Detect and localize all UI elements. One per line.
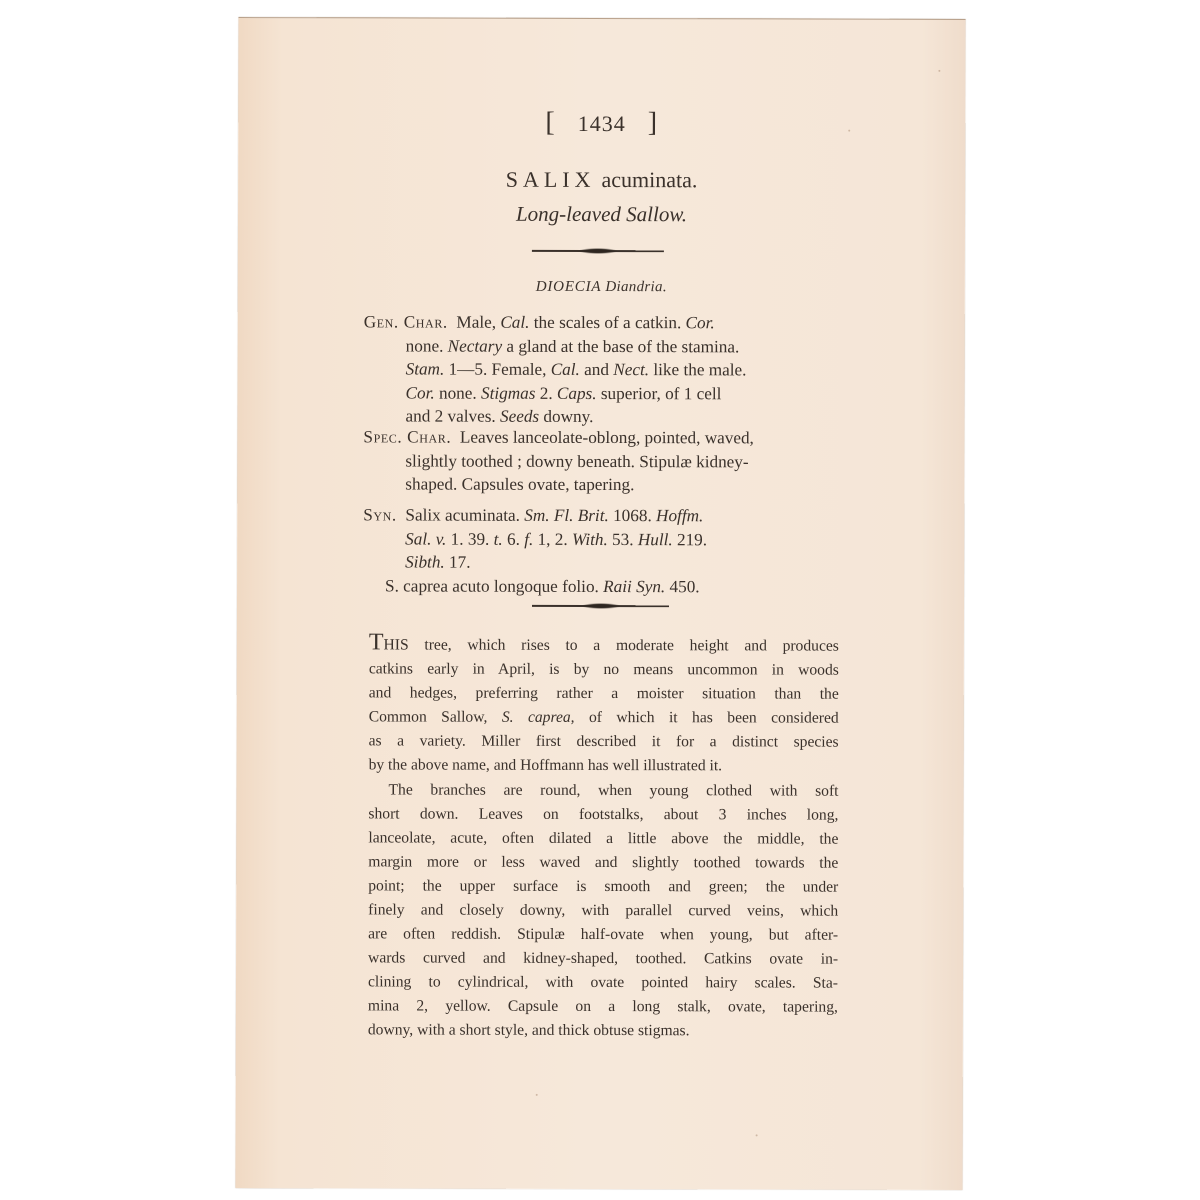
specific-character: Spec. Char. Leaves lanceolate-oblong, po… — [363, 425, 833, 497]
synonym-line: Syn. Salix acuminata. Sm. Fl. Brit. 1068… — [363, 503, 833, 528]
ornamental-rule-bottom — [532, 605, 669, 607]
generic-character-line: Gen. Char. Male, Cal. the scales of a ca… — [364, 310, 834, 335]
paragraph-line: as a variety. Miller first described it … — [369, 729, 839, 754]
specific-character-line: Spec. Char. Leaves lanceolate-oblong, po… — [363, 425, 833, 450]
linnaean-classification: DIOECIA Diandria. — [238, 278, 965, 297]
paragraph-line: are often reddish. Stipulæ half-ovate wh… — [368, 922, 838, 947]
paragraph-line: downy, with a short style, and thick obt… — [368, 1018, 838, 1043]
description-paragraph-2: The branches are round, when young cloth… — [368, 778, 839, 1043]
paper-speck — [848, 130, 850, 132]
paragraph-line: lanceolate, acute, often dilated a littl… — [368, 826, 838, 851]
paragraph-line: by the above name, and Hoffmann has well… — [369, 753, 839, 778]
page-number-value: 1434 — [578, 111, 626, 136]
specific-character-line: slightly toothed ; downy beneath. Stipul… — [363, 449, 833, 474]
synonyms-label: Syn. — [363, 505, 397, 524]
printed-page: [1434] SALIXacuminata. Long-leaved Sallo… — [235, 17, 965, 1190]
drop-cap: T — [369, 629, 384, 655]
synonym-line: S. caprea acuto longoque folio. Raii Syn… — [363, 574, 833, 599]
bracket-close: ] — [648, 107, 658, 138]
synonyms: Syn. Salix acuminata. Sm. Fl. Brit. 1068… — [363, 503, 833, 598]
class-name: DIOECIA — [536, 279, 602, 295]
specific-character-line: shaped. Capsules ovate, tapering. — [363, 472, 833, 497]
paper-speck — [756, 1134, 758, 1136]
species-name: acuminata. — [602, 167, 698, 192]
ornamental-rule-top — [532, 250, 664, 252]
page-number: [1434] — [238, 106, 965, 140]
paragraph-line: and hedges, preferring rather a moister … — [369, 681, 839, 706]
generic-character-label: Gen. Char. — [364, 312, 448, 331]
description-paragraph-1: THIS tree, which rises to a moderate hei… — [369, 632, 839, 778]
paper-speck — [536, 1094, 538, 1096]
specific-character-label: Spec. Char. — [363, 427, 451, 446]
generic-character-line: Stam. 1—5. Female, Cal. and Nect. like t… — [364, 357, 834, 382]
paragraph-line: wards curved and kidney-shaped, toothed.… — [368, 946, 838, 971]
paragraph-line: margin more or less waved and slightly t… — [368, 850, 838, 875]
synonym-line: Sibth. 17. — [363, 550, 833, 575]
order-name: Diandria. — [605, 279, 667, 295]
bracket-open: [ — [545, 107, 555, 138]
paper-speck — [938, 70, 940, 72]
genus-name: SALIX — [506, 167, 596, 192]
generic-character: Gen. Char. Male, Cal. the scales of a ca… — [363, 310, 833, 429]
paragraph-line: The branches are round, when young cloth… — [368, 778, 838, 803]
paragraph-line: short down. Leaves on footstalks, about … — [368, 802, 838, 827]
synonym-line: Sal. v. 1. 39. t. 6. f. 1, 2. With. 53. … — [363, 527, 833, 552]
generic-character-line: none. Nectary a gland at the base of the… — [364, 334, 834, 359]
paragraph-line: finely and closely downy, with parallel … — [368, 898, 838, 923]
paragraph-line: Common Sallow, S. caprea, of which it ha… — [369, 705, 839, 730]
paragraph-line: mina 2, yellow. Capsule on a long stalk,… — [368, 994, 838, 1019]
generic-character-line: Cor. none. Stigmas 2. Caps. superior, of… — [364, 381, 834, 406]
paragraph-line: THIS tree, which rises to a moderate hei… — [369, 632, 839, 658]
paragraph-line: clining to cylindrical, with ovate point… — [368, 970, 838, 995]
species-title: SALIXacuminata. — [238, 166, 965, 194]
paragraph-line: catkins early in April, is by no means u… — [369, 657, 839, 682]
paragraph-line: point; the upper surface is smooth and g… — [368, 874, 838, 899]
common-name: Long-leaved Sallow. — [238, 201, 965, 228]
